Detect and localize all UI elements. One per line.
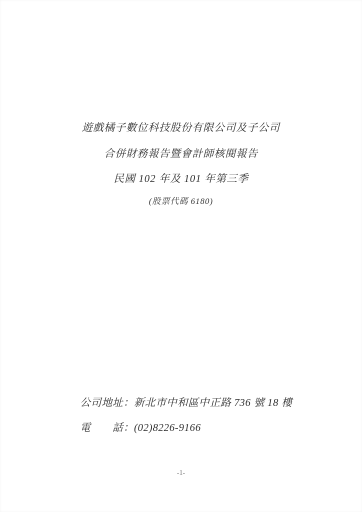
- page-number: -1-: [0, 468, 362, 478]
- report-title: 合併財務報告暨會計師核閱報告: [0, 142, 362, 168]
- title-block: 遊戲橘子數位科技股份有限公司及子公司 合併財務報告暨會計師核閱報告 民國 102…: [0, 116, 362, 209]
- company-name-title: 遊戲橘子數位科技股份有限公司及子公司: [0, 116, 362, 142]
- report-period: 民國 102 年及 101 年第三季: [0, 167, 362, 193]
- contact-block: 公司地址：新北市中和區中正路 736 號 18 樓 電 話：(02)8226-9…: [80, 392, 292, 441]
- company-address: 公司地址：新北市中和區中正路 736 號 18 樓: [80, 392, 292, 417]
- company-phone: 電 話：(02)8226-9166: [80, 417, 292, 442]
- stock-code: (股票代碼 6180): [0, 194, 362, 209]
- document-page: 遊戲橘子數位科技股份有限公司及子公司 合併財務報告暨會計師核閱報告 民國 102…: [0, 0, 362, 512]
